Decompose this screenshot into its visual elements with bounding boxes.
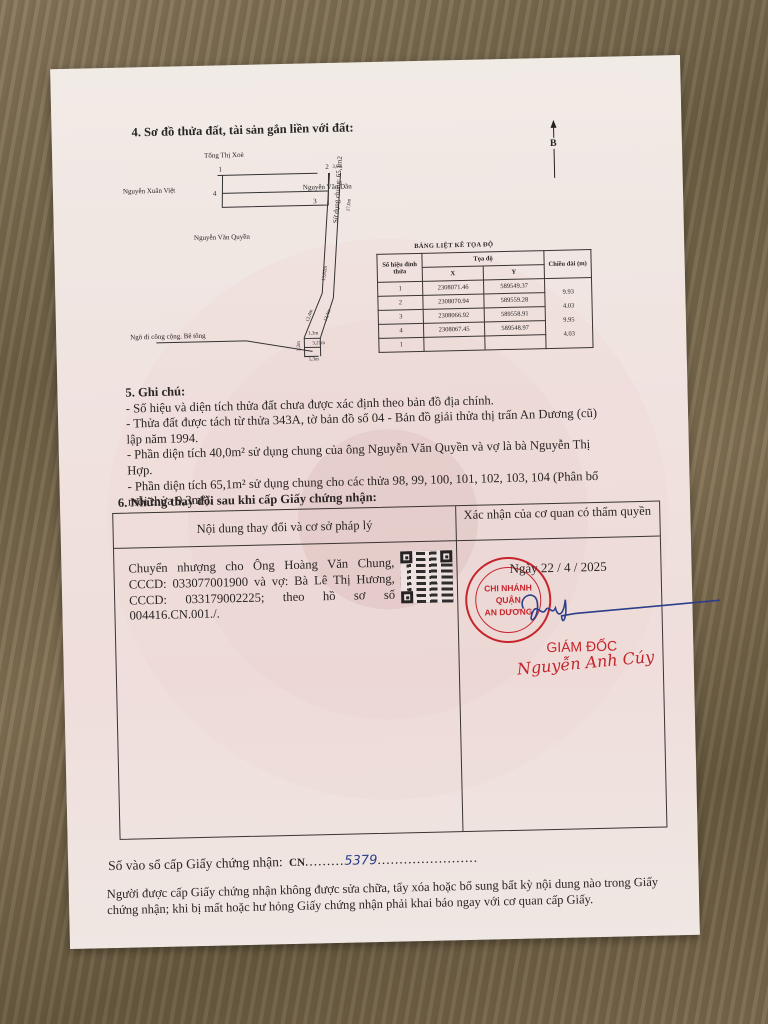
legal-warning: Người được cấp Giấy chứng nhận không đượ… — [107, 873, 668, 918]
column-divider — [455, 506, 463, 831]
cell-x: 2308066.92 — [423, 308, 484, 323]
header-confirm: Xác nhận của cơ quan có thẩm quyền — [455, 504, 659, 523]
vertex-2: 2 — [325, 163, 329, 171]
dim-label: 17,0m — [347, 199, 353, 212]
neighbor-right: Nguyễn Văn Dần — [303, 182, 352, 191]
qr-finder — [440, 550, 452, 562]
dim-label: 1,3m — [309, 357, 319, 362]
dim-label: 1,3m — [308, 331, 318, 336]
dim-label: 3,21m — [312, 341, 325, 346]
header-x: X — [422, 266, 483, 281]
coord-table-title: BẢNG LIỆT KÊ TỌA ĐỘ — [414, 241, 493, 250]
north-arrow: B — [543, 120, 564, 185]
cell-lengths: 9.93 4.03 9.95 4.03 — [544, 278, 593, 349]
header-content: Nội dung thay đổi và cơ sở pháp lý — [113, 516, 455, 539]
cell-point: 3 — [378, 309, 423, 324]
cell-point: 1 — [378, 281, 423, 296]
cell-y — [485, 335, 546, 350]
registration-label: Số vào sổ cấp Giấy chứng nhận: — [108, 854, 283, 873]
section4-title: 4. Sơ đồ thửa đất, tài sản gắn liền với … — [131, 120, 353, 140]
certificate-page: 4. Sơ đồ thửa đất, tài sản gắn liền với … — [50, 55, 700, 949]
qr-finder — [401, 591, 413, 603]
cell-x — [424, 336, 485, 351]
cell-x: 2308070.94 — [423, 294, 484, 309]
cell-y: 589549.37 — [483, 279, 544, 294]
dim-label: 3,2m — [297, 341, 302, 351]
registration-line: Số vào sổ cấp Giấy chứng nhận: CN.......… — [108, 850, 478, 874]
registration-prefix: CN — [289, 857, 305, 869]
coord-table: Số hiệu đỉnh thửa Tọa độ Chiều dài (m) X… — [376, 249, 593, 353]
north-arrow-icon — [543, 120, 564, 180]
road-label: Ngõ đi công cộng. Bê tông — [130, 332, 206, 342]
vertex-3: 3 — [313, 197, 317, 205]
length-4-1: 4.03 — [549, 327, 589, 342]
qr-finder — [400, 551, 412, 563]
neighbor-top: Tống Thị Xoè — [204, 151, 244, 160]
cell-y: 589558.91 — [484, 307, 545, 322]
qr-code-icon — [400, 550, 453, 603]
change-entry: Chuyển nhượng cho Ông Hoàng Văn Chung, C… — [128, 556, 395, 625]
length-2-3: 4.03 — [548, 299, 588, 314]
registration-number: 5379 — [344, 853, 377, 869]
north-label: B — [550, 138, 557, 149]
plot-diagram: Tống Thị Xoè Nguyễn Xuân Việt Nguyễn Văn… — [122, 142, 367, 377]
cell-x: 2308067.45 — [423, 322, 484, 337]
signature-icon — [515, 582, 726, 637]
neighbor-middle: Nguyễn Văn Quyền — [194, 233, 250, 242]
neighbor-left: Nguyễn Xuân Việt — [123, 186, 176, 195]
header-length: Chiều dài (m) — [544, 250, 592, 279]
length-3-4: 9.95 — [549, 313, 589, 328]
dim-label: 3,0m — [332, 165, 342, 170]
cell-x: 2308071.46 — [423, 280, 484, 295]
header-y: Y — [483, 265, 544, 280]
plot-diagram-drawing — [122, 142, 367, 377]
header-divider — [114, 536, 660, 549]
cell-y: 589559.28 — [484, 293, 545, 308]
cell-point: 4 — [378, 323, 423, 338]
changes-table: Nội dung thay đổi và cơ sở pháp lý Xác n… — [112, 501, 667, 840]
cell-y: 589548.97 — [484, 321, 545, 336]
confirm-date: Ngày 22 / 4 / 2025 — [509, 559, 606, 577]
cell-point: 1 — [379, 337, 424, 352]
cell-point: 2 — [378, 295, 423, 310]
length-1-2: 9.93 — [548, 285, 588, 300]
vertex-1: 1 — [218, 165, 222, 173]
header-confirm-text: Xác nhận của cơ quan có thẩm quyền — [463, 504, 651, 522]
header-point: Số hiệu đỉnh thửa — [377, 253, 423, 282]
vertex-4: 4 — [213, 190, 217, 198]
